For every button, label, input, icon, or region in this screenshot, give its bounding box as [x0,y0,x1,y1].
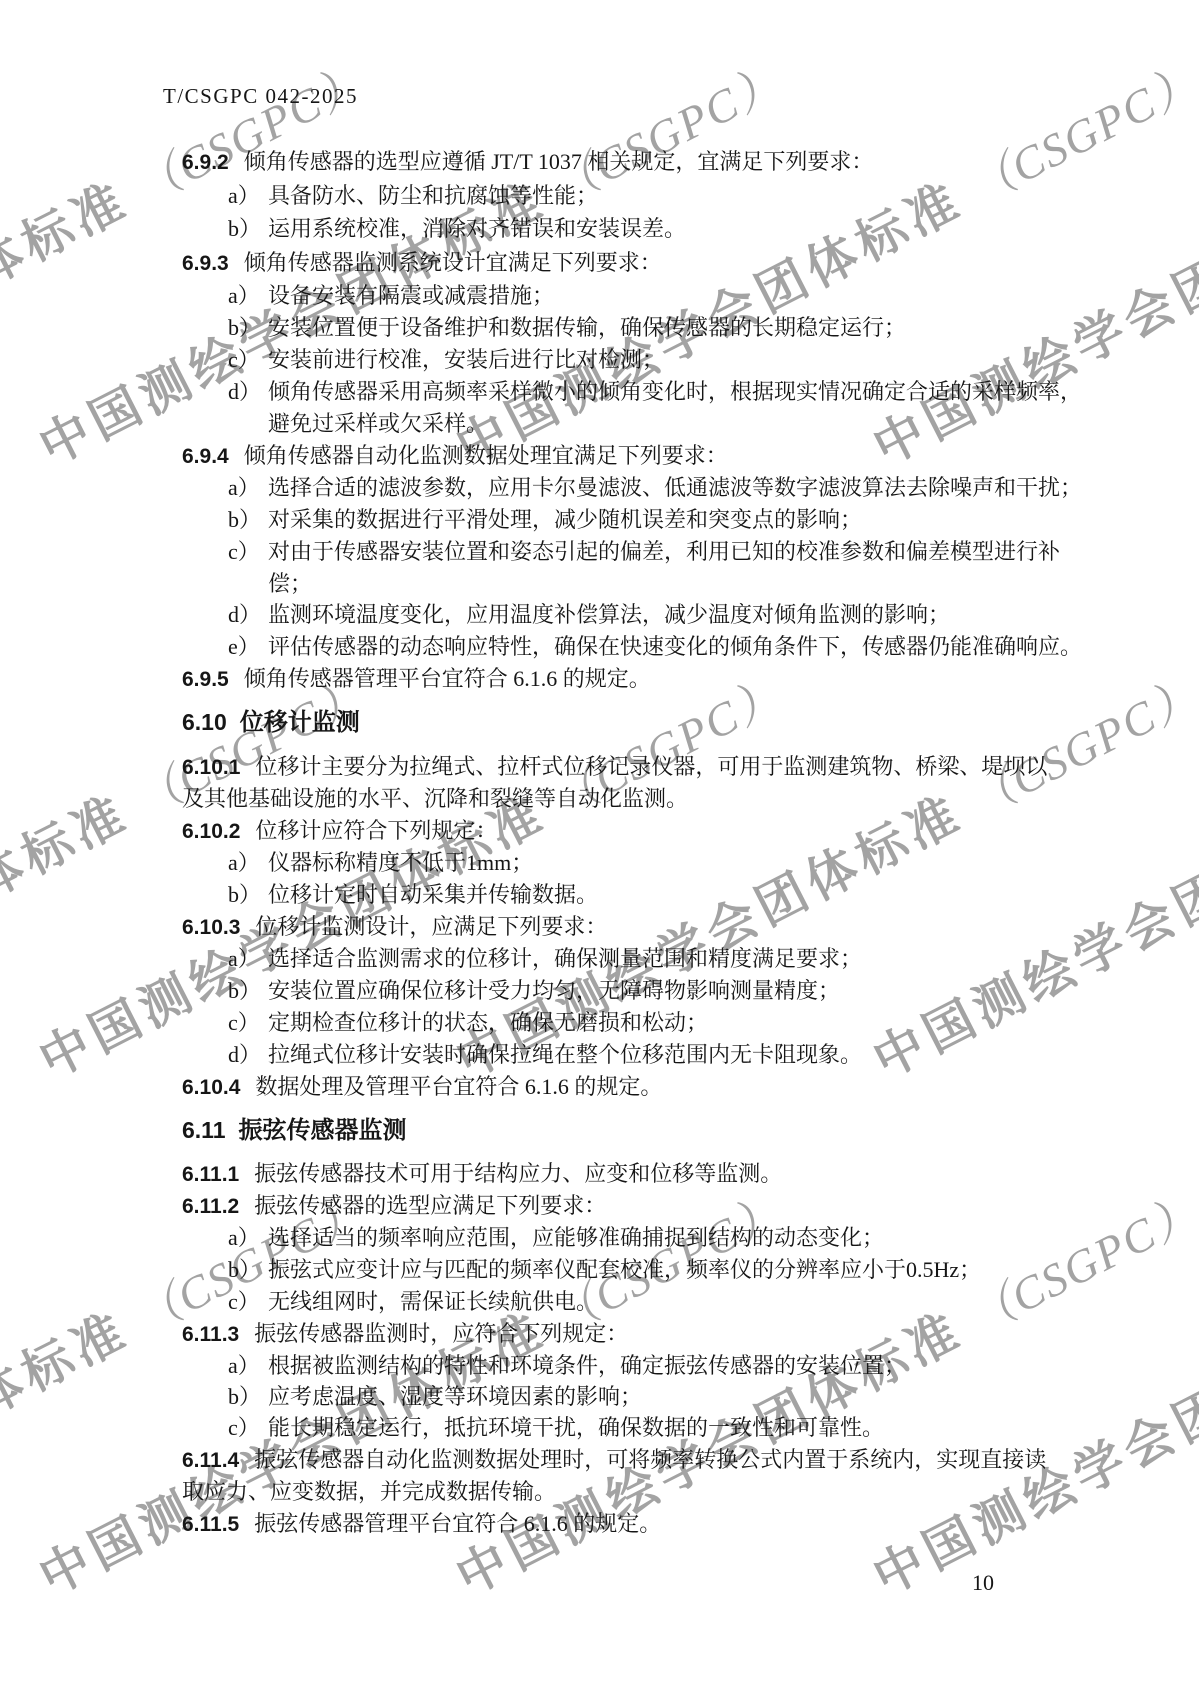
doc-line: a）根据被监测结构的特性和环境条件，确定振弦传感器的安装位置； [228,1354,906,1378]
section-number: 6.10.4 [182,1076,240,1099]
item-letter: a） [228,947,268,971]
item-letter: a） [228,1354,268,1378]
line-text: 避免过采样或欠采样。 [268,411,488,436]
line-text: 能长期稳定运行，抵抗环境干扰，确保数据的一致性和可靠性。 [268,1415,884,1440]
doc-line: 6.9.4倾角传感器自动化监测数据处理宜满足下列要求： [182,444,728,468]
section-number: 6.11.3 [182,1323,239,1346]
item-letter: a） [228,851,268,875]
section-heading: 6.10位移计监测 [182,710,360,736]
item-letter: d） [228,380,268,404]
section-heading: 6.11振弦传感器监测 [182,1118,407,1144]
line-text: 数据处理及管理平台宜符合 6.1.6 的规定。 [255,1074,662,1099]
line-text: 评估传感器的动态响应特性，确保在快速变化的倾角条件下，传感器仍能准确响应。 [268,634,1082,659]
watermark-text: 中国测绘学会团体标准 （CSGPC） [859,40,1199,479]
doc-line: b）位移计定时自动采集并传输数据。 [228,883,598,907]
watermark-cjk: 中国测绘学会团体标准 [864,171,1199,475]
section-number: 6.9.5 [182,668,229,691]
doc-line: 取应力、应变数据，并完成数据传输。 [182,1480,556,1504]
line-text: 选择适合监测需求的位移计，确保测量范围和精度满足要求； [268,946,862,971]
item-letter: b） [228,508,268,532]
line-text: 倾角传感器管理平台宜符合 6.1.6 的规定。 [244,666,651,691]
line-text: 倾角传感器自动化监测数据处理宜满足下列要求： [244,443,728,468]
section-number: 6.10.1 [182,756,240,779]
line-text: 振弦传感器管理平台宜符合 6.1.6 的规定。 [254,1511,661,1536]
doc-line: 6.10.3位移计监测设计，应满足下列要求： [182,915,607,939]
item-letter: b） [228,1258,268,1282]
doc-line: 6.10.4数据处理及管理平台宜符合 6.1.6 的规定。 [182,1075,662,1099]
doc-line: b）应考虑温度、湿度等环境因素的影响； [228,1385,642,1409]
doc-line: c）定期检查位移计的状态，确保无磨损和松动； [228,1011,708,1035]
line-text: 位移计应符合下列规定： [255,818,497,843]
line-text: 应考虑温度、湿度等环境因素的影响； [268,1384,642,1409]
line-text: 振弦式应变计应与匹配的频率仪配套校准，频率仪的分辨率应小于0.5Hz； [268,1257,981,1282]
doc-line: 6.9.2倾角传感器的选型应遵循 JT/T 1037 相关规定，宜满足下列要求： [182,150,873,174]
item-letter: b） [228,979,268,1003]
doc-code: T/CSGPC 042-2025 [163,84,358,109]
line-text: 振弦传感器自动化监测数据处理时，可将频率转换公式内置于系统内，实现直接读 [254,1447,1046,1472]
item-letter: c） [228,540,268,564]
doc-line: a）选择适合监测需求的位移计，确保测量范围和精度满足要求； [228,947,862,971]
doc-line: e）评估传感器的动态响应特性，确保在快速变化的倾角条件下，传感器仍能准确响应。 [228,635,1082,659]
line-text: 偿； [268,571,312,596]
line-text: 振弦传感器的选型应满足下列要求： [254,1193,606,1218]
line-text: 安装位置便于设备维护和数据传输，确保传感器的长期稳定运行； [268,315,906,340]
item-letter: e） [228,635,268,659]
line-text: 振弦传感器监测 [239,1117,407,1144]
line-text: 倾角传感器的选型应遵循 JT/T 1037 相关规定，宜满足下列要求： [244,149,874,174]
doc-line: b）运用系统校准，消除对齐错误和安装误差。 [228,217,686,241]
line-text: 定期检查位移计的状态，确保无磨损和松动； [268,1010,708,1035]
item-letter: a） [228,476,268,500]
line-text: 选择合适的滤波参数，应用卡尔曼滤波、低通滤波等数字滤波算法去除噪声和干扰； [268,475,1082,500]
doc-line: 6.11.2振弦传感器的选型应满足下列要求： [182,1194,606,1218]
line-text: 位移计定时自动采集并传输数据。 [268,882,598,907]
document-page: 中国测绘学会团体标准 （CSGPC）中国测绘学会团体标准 （CSGPC）中国测绘… [0,0,1199,1696]
line-text: 运用系统校准，消除对齐错误和安装误差。 [268,216,686,241]
doc-line: d）拉绳式位移计安装时确保拉绳在整个位移范围内无卡阻现象。 [228,1043,862,1067]
doc-line: a）设备安装有隔震或减震措施； [228,284,554,308]
doc-line: b）安装位置应确保位移计受力均匀，无障碍物影响测量精度； [228,979,840,1003]
doc-line: a）选择适当的频率响应范围，应能够准确捕捉到结构的动态变化； [228,1226,884,1250]
doc-line: 6.11.1振弦传感器技术可用于结构应力、应变和位移等监测。 [182,1162,782,1186]
watermark-cjk: 中国测绘学会团体标准 [0,1301,138,1605]
doc-line: c）能长期稳定运行，抵抗环境干扰，确保数据的一致性和可靠性。 [228,1416,884,1440]
doc-line: b）安装位置便于设备维护和数据传输，确保传感器的长期稳定运行； [228,316,906,340]
doc-line: 6.9.5倾角传感器管理平台宜符合 6.1.6 的规定。 [182,667,651,691]
doc-line: d）倾角传感器采用高频率采样微小的倾角变化时，根据现实情况确定合适的采样频率， [228,380,1082,404]
line-text: 安装前进行校准，安装后进行比对检测； [268,347,664,372]
watermark-text: 中国测绘学会团体标准 （CSGPC） [859,653,1199,1092]
doc-line: b）对采集的数据进行平滑处理，减少随机误差和突变点的影响； [228,508,862,532]
watermark-text: 中国测绘学会团体标准 （CSGPC） [859,1170,1199,1609]
doc-line: c）对由于传感器安装位置和姿态引起的偏差，利用已知的校准参数和偏差模型进行补 [228,540,1060,564]
page-number: 10 [972,1570,994,1596]
line-text: 选择适当的频率响应范围，应能够准确捕捉到结构的动态变化； [268,1225,884,1250]
line-text: 振弦传感器监测时，应符合下列规定： [254,1321,628,1346]
watermark-latin: （CSGPC） [948,55,1199,221]
section-number: 6.10.3 [182,916,240,939]
doc-line: 6.9.3倾角传感器监测系统设计宜满足下列要求： [182,251,662,275]
line-text: 及其他基础设施的水平、沉降和裂缝等自动化监测。 [182,786,688,811]
section-number: 6.11 [182,1117,226,1143]
section-number: 6.10 [182,709,227,735]
line-text: 无线组网时，需保证长续航供电。 [268,1289,598,1314]
item-letter: c） [228,1290,268,1314]
item-letter: a） [228,1226,268,1250]
line-text: 倾角传感器监测系统设计宜满足下列要求： [244,250,662,275]
section-number: 6.11.4 [182,1449,239,1472]
item-letter: b） [228,1385,268,1409]
line-text: 位移计主要分为拉绳式、拉杆式位移记录仪器，可用于监测建筑物、桥梁、堤坝以 [255,754,1047,779]
item-letter: d） [228,603,268,627]
section-number: 6.11.1 [182,1163,239,1186]
doc-line: b）振弦式应变计应与匹配的频率仪配套校准，频率仪的分辨率应小于0.5Hz； [228,1258,981,1282]
doc-line: 6.10.1位移计主要分为拉绳式、拉杆式位移记录仪器，可用于监测建筑物、桥梁、堤… [182,755,1047,779]
doc-line: 6.11.4振弦传感器自动化监测数据处理时，可将频率转换公式内置于系统内，实现直… [182,1448,1046,1472]
doc-line: 避免过采样或欠采样。 [268,412,488,436]
doc-line: 及其他基础设施的水平、沉降和裂缝等自动化监测。 [182,787,688,811]
section-number: 6.9.2 [182,151,229,174]
line-text: 根据被监测结构的特性和环境条件，确定振弦传感器的安装位置； [268,1353,906,1378]
item-letter: b） [228,316,268,340]
line-text: 位移计监测设计，应满足下列要求： [255,914,607,939]
watermark-latin: （CSGPC） [948,668,1199,834]
doc-line: a）选择合适的滤波参数，应用卡尔曼滤波、低通滤波等数字滤波算法去除噪声和干扰； [228,476,1082,500]
line-text: 具备防水、防尘和抗腐蚀等性能； [268,183,598,208]
line-text: 振弦传感器技术可用于结构应力、应变和位移等监测。 [254,1161,782,1186]
section-number: 6.11.5 [182,1513,239,1536]
doc-line: 6.10.2位移计应符合下列规定： [182,819,497,843]
doc-line: 6.11.3振弦传感器监测时，应符合下列规定： [182,1322,628,1346]
section-number: 6.9.3 [182,252,229,275]
line-text: 仪器标称精度不低于1mm； [268,850,533,875]
section-number: 6.11.2 [182,1195,239,1218]
item-letter: c） [228,348,268,372]
doc-line: 6.11.5振弦传感器管理平台宜符合 6.1.6 的规定。 [182,1512,661,1536]
section-number: 6.9.4 [182,445,229,468]
item-letter: d） [228,1043,268,1067]
watermark-cjk: 中国测绘学会团体标准 [864,784,1199,1088]
item-letter: c） [228,1011,268,1035]
item-letter: b） [228,217,268,241]
doc-line: c）安装前进行校准，安装后进行比对检测； [228,348,664,372]
item-letter: a） [228,284,268,308]
line-text: 安装位置应确保位移计受力均匀，无障碍物影响测量精度； [268,978,840,1003]
section-number: 6.10.2 [182,820,240,843]
line-text: 取应力、应变数据，并完成数据传输。 [182,1479,556,1504]
item-letter: c） [228,1416,268,1440]
watermark-cjk: 中国测绘学会团体标准 [0,171,138,475]
line-text: 监测环境温度变化，应用温度补偿算法，减少温度对倾角监测的影响； [268,602,950,627]
doc-line: 偿； [268,572,312,596]
line-text: 拉绳式位移计安装时确保拉绳在整个位移范围内无卡阻现象。 [268,1042,862,1067]
line-text: 对由于传感器安装位置和姿态引起的偏差，利用已知的校准参数和偏差模型进行补 [268,539,1060,564]
line-text: 设备安装有隔震或减震措施； [268,283,554,308]
doc-line: d）监测环境温度变化，应用温度补偿算法，减少温度对倾角监测的影响； [228,603,950,627]
line-text: 倾角传感器采用高频率采样微小的倾角变化时，根据现实情况确定合适的采样频率， [268,379,1082,404]
item-letter: b） [228,883,268,907]
item-letter: a） [228,184,268,208]
line-text: 对采集的数据进行平滑处理，减少随机误差和突变点的影响； [268,507,862,532]
doc-line: a）具备防水、防尘和抗腐蚀等性能； [228,184,598,208]
doc-line: a）仪器标称精度不低于1mm； [228,851,533,875]
watermark-cjk: 中国测绘学会团体标准 [0,784,138,1088]
line-text: 位移计监测 [240,709,360,736]
watermark-latin: （CSGPC） [948,1185,1199,1351]
doc-line: c）无线组网时，需保证长续航供电。 [228,1290,598,1314]
